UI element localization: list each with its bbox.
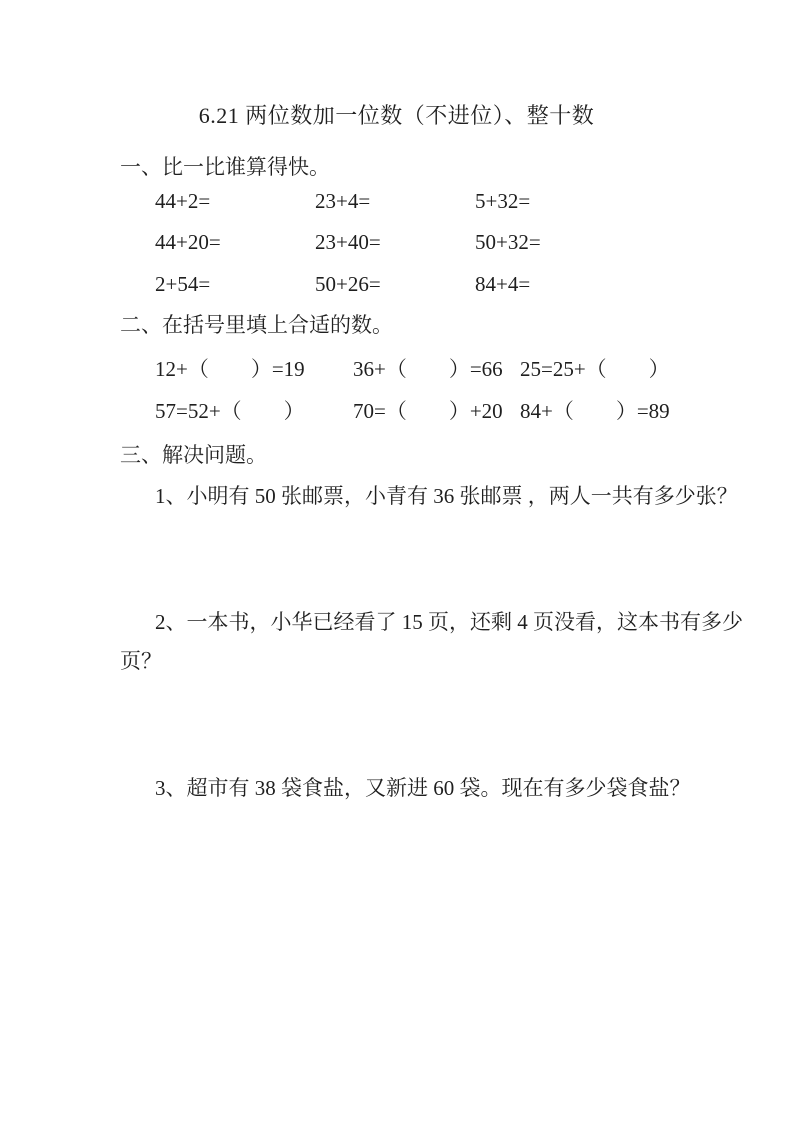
s1-equation-r2c3: 50+32= [475, 230, 541, 255]
worksheet-title: 6.21 两位数加一位数（不进位）、整十数 [0, 103, 793, 129]
s2-equation-r1c3: 25=25+（ ） [520, 357, 670, 382]
s1-equation-r1c2: 23+4= [315, 189, 370, 214]
problem-2-line-2: 页？ [120, 649, 162, 674]
s2-equation-r1c2: 36+（ ）=66 [353, 357, 503, 382]
problem-3-line-1: 3、超市有 38 袋食盐，又新进 60 袋。现在有多少袋食盐？ [155, 776, 691, 801]
s1-equation-r3c3: 84+4= [475, 272, 530, 297]
s1-equation-r1c1: 44+2= [155, 189, 210, 214]
s2-equation-r1c1: 12+（ ）=19 [155, 357, 305, 382]
section1-heading: 一、比一比谁算得快。 [120, 155, 330, 180]
section2-heading: 二、在括号里填上合适的数。 [120, 313, 393, 338]
s1-equation-r2c2: 23+40= [315, 230, 381, 255]
s2-equation-r2c2: 70=（ ）+20 [353, 399, 503, 424]
problem-2-line-1: 2、一本书，小华已经看了 15 页，还剩 4 页没看，这本书有多少 [155, 610, 743, 635]
section3-heading: 三、解决问题。 [120, 443, 267, 468]
s2-equation-r2c3: 84+（ ）=89 [520, 399, 670, 424]
s1-equation-r2c1: 44+20= [155, 230, 221, 255]
s2-equation-r2c1: 57=52+（ ） [155, 399, 305, 424]
s1-equation-r1c3: 5+32= [475, 189, 530, 214]
s1-equation-r3c1: 2+54= [155, 272, 210, 297]
problem-1-line-1: 1、小明有 50 张邮票，小青有 36 张邮票 ，两人一共有多少张？ [155, 484, 738, 509]
s1-equation-r3c2: 50+26= [315, 272, 381, 297]
worksheet-page: 6.21 两位数加一位数（不进位）、整十数 一、比一比谁算得快。 44+2= 2… [0, 0, 793, 1122]
